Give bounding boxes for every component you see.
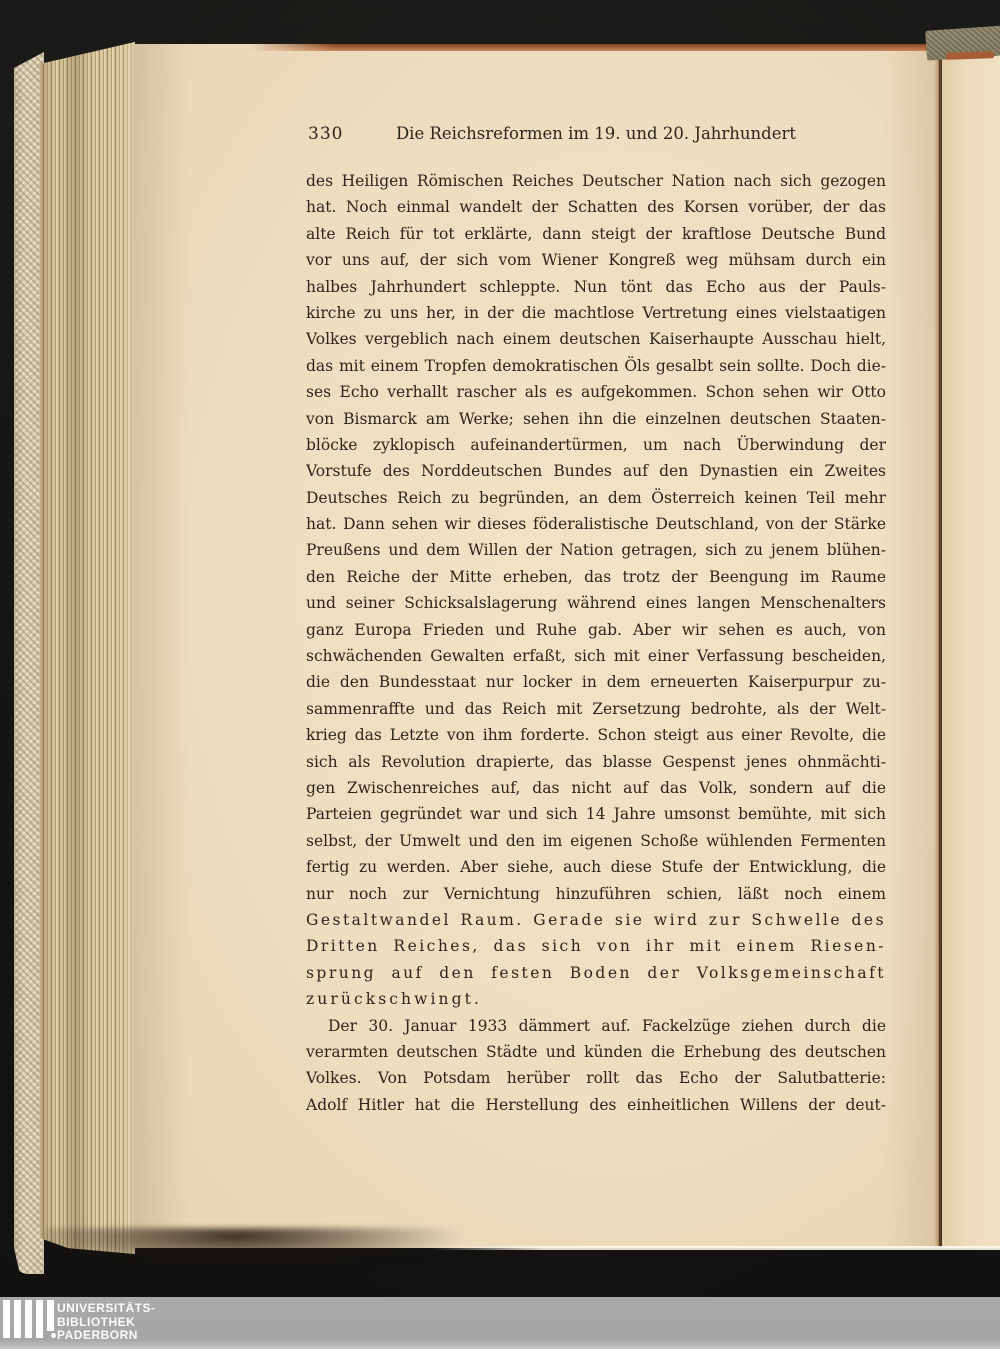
text-line: die den Bundesstaat nur locker in dem er… xyxy=(306,669,886,695)
library-name-line: BIBLIOTHEK xyxy=(57,1316,156,1330)
page-top-red-edge xyxy=(250,44,945,51)
page-bottom-highlight xyxy=(430,1246,1000,1250)
text-line: Deutsches Reich zu begründen, an dem Öst… xyxy=(306,485,886,511)
logo-bar xyxy=(14,1300,21,1338)
logo-bar xyxy=(25,1300,32,1338)
book-cover-cloth-edge xyxy=(14,52,44,1274)
text-line-emphasized: Gestaltwandel Raum. Gerade sie wird zur … xyxy=(306,907,886,933)
text-line: ses Echo verhallt rascher als es aufgeko… xyxy=(306,379,886,405)
text-line: sammenraffte und das Reich mit Zersetzun… xyxy=(306,696,886,722)
text-line-emphasized: Dritten Reiches, das sich von ihr mit ei… xyxy=(306,933,886,959)
facing-page-sliver xyxy=(942,48,1000,1248)
text-line: hat. Dann sehen wir dieses föderalistisc… xyxy=(306,511,886,537)
text-line: hat. Noch einmal wandelt der Schatten de… xyxy=(306,194,886,220)
text-line: von Bismarck am Werke; sehen ihn die ein… xyxy=(306,406,886,432)
logo-bar xyxy=(3,1300,10,1338)
page-stack-fore-edge xyxy=(40,42,135,1254)
text-line: Volkes vergeblich nach einem deutschen K… xyxy=(306,326,886,352)
text-line: des Heiligen Römischen Reiches Deutscher… xyxy=(306,168,886,194)
text-line: nur noch zur Vernichtung hinzuführen sch… xyxy=(306,881,886,907)
page-bottom-shadow xyxy=(46,1228,466,1270)
text-line: gen Zwischenreiches auf, das nicht auf d… xyxy=(306,775,886,801)
text-line: kirche zu uns her, in der die machtlose … xyxy=(306,300,886,326)
logo-bar xyxy=(47,1300,54,1331)
text-line: halbes Jahrhundert schleppte. Nun tönt d… xyxy=(306,274,886,300)
text-line-paragraph-start: Der 30. Januar 1933 dämmert auf. Fackelz… xyxy=(306,1013,886,1039)
text-line: krieg das Letzte von ihm forderte. Schon… xyxy=(306,722,886,748)
library-watermark-band: UNIVERSITÄTS- BIBLIOTHEK PADERBORN xyxy=(0,1297,1000,1349)
library-name-line: PADERBORN xyxy=(57,1329,156,1343)
text-line: Vorstufe des Norddeutschen Bundes auf de… xyxy=(306,458,886,484)
running-title: Die Reichsreformen im 19. und 20. Jahrhu… xyxy=(306,122,886,146)
logo-dot xyxy=(51,1333,56,1338)
text-line: vor uns auf, der sich vom Wiener Kongreß… xyxy=(306,247,886,273)
text-line: Volkes. Von Potsdam herüber rollt das Ec… xyxy=(306,1065,886,1091)
text-line: schwächenden Gewalten erfaßt, sich mit e… xyxy=(306,643,886,669)
text-line: sich als Revolution drapierte, das blass… xyxy=(306,749,886,775)
body-text: des Heiligen Römischen Reiches Deutscher… xyxy=(306,168,886,1118)
text-line: Adolf Hitler hat die Herstellung des ein… xyxy=(306,1092,886,1118)
text-line: ganz Europa Frieden und Ruhe gab. Aber w… xyxy=(306,617,886,643)
text-line: und seiner Schicksalslagerung während ei… xyxy=(306,590,886,616)
logo-bar xyxy=(36,1300,43,1338)
text-line: fertig zu werden. Aber siehe, auch diese… xyxy=(306,854,886,880)
text-line: verarmten deutschen Städte und künden di… xyxy=(306,1039,886,1065)
printed-text-block: 330 Die Reichsreformen im 19. und 20. Ja… xyxy=(306,122,886,1118)
page-header: 330 Die Reichsreformen im 19. und 20. Ja… xyxy=(306,122,886,148)
library-name: UNIVERSITÄTS- BIBLIOTHEK PADERBORN xyxy=(57,1302,156,1343)
text-line: Parteien gegründet war und sich 14 Jahre… xyxy=(306,801,886,827)
text-line-emphasized: sprung auf den festen Boden der Volksgem… xyxy=(306,960,886,986)
text-line: selbst, der Umwelt und den im eigenen Sc… xyxy=(306,828,886,854)
library-name-line: UNIVERSITÄTS- xyxy=(57,1302,156,1316)
text-line: alte Reich für tot erklärte, dann steigt… xyxy=(306,221,886,247)
text-line-emphasized: zurückschwingt. xyxy=(306,986,886,1012)
text-line: das mit einem Tropfen demokratischen Öls… xyxy=(306,353,886,379)
text-line: den Reiche der Mitte erheben, das trotz … xyxy=(306,564,886,590)
text-line: Preußens und dem Willen der Nation getra… xyxy=(306,537,886,563)
text-line: blöcke zyklopisch aufeinandertürmen, um … xyxy=(306,432,886,458)
library-logo-icon xyxy=(3,1300,54,1340)
